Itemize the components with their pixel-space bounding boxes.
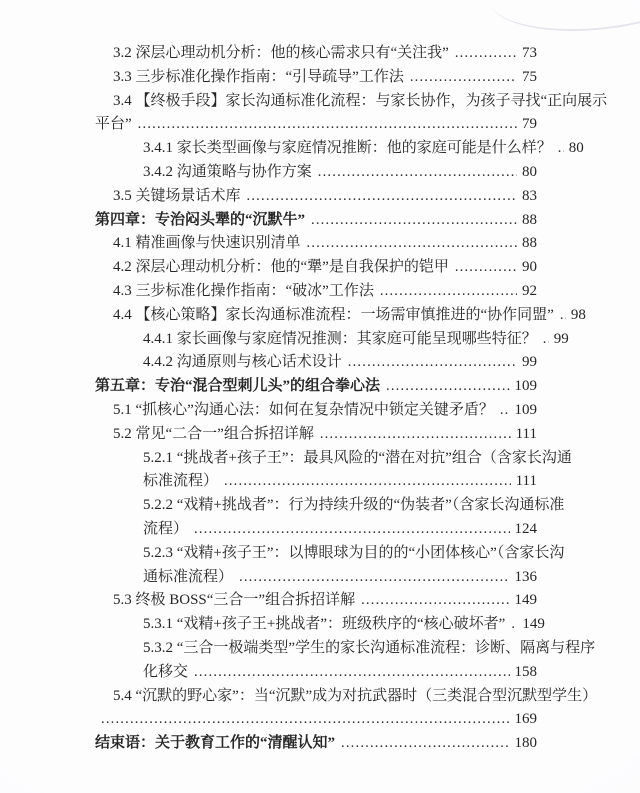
entry-text: 3.5 关键场景话术库 — [113, 185, 241, 209]
page-number: 124 — [515, 518, 538, 542]
dot-leader — [239, 566, 509, 590]
entry-text: 结束语：关于教育工作的“清醒认知” — [95, 732, 335, 756]
toc-entry-line: 4.2 深层心理动机分析：他的“犟”是自我保护的铠甲90 — [113, 256, 593, 280]
dot-leader — [410, 66, 517, 90]
toc-entry-line: 5.2.1 “挑战者+孩子王”：最具风险的“潜在对抗”组合（含家长沟通 — [143, 447, 593, 471]
entry-text: 5.3.2 “三合一极端类型”学生的家长沟通标准流程：诊断、隔离与程序 — [143, 637, 595, 661]
page-corner-shadow — [487, 0, 640, 39]
page-number: 158 — [515, 661, 538, 685]
entry-text: 流程） — [143, 518, 188, 542]
entry-text: 5.2.2 “戏精+挑战者”：行为持续升级的“伪装者”（含家长沟通标准 — [143, 494, 564, 518]
dot-leader — [380, 280, 517, 304]
page-number: 79 — [522, 113, 537, 137]
page-number: 75 — [522, 66, 537, 90]
entry-text: 5.2.3 “戏精+孩子王”：以博眼球为目的的“小团体核心”（含家长沟 — [143, 542, 564, 566]
dot-leader — [320, 423, 511, 447]
entry-text: 4.1 精准画像与快速识别清单 — [113, 232, 301, 256]
entry-text: 5.1 “抓核心”沟通心法：如何在复杂情况中锁定关键矛盾？ — [113, 399, 494, 423]
entry-text: 5.3.1 “戏精+孩子王+挑战者”：班级秩序的“核心破坏者” — [143, 613, 505, 637]
dot-leader — [194, 518, 509, 542]
toc-entry-line: 3.4.2 沟通策略与协作方案80 — [143, 161, 593, 185]
toc-entry-line: 平台”79 — [95, 113, 593, 137]
entry-text: 平台” — [95, 113, 132, 137]
page-number: 83 — [522, 185, 537, 209]
toc-entry-line: 3.5 关键场景话术库83 — [113, 185, 593, 209]
toc-entry-line: 3.4.1 家长类型画像与家庭情况推断：他的家庭可能是什么样？80 — [143, 137, 593, 161]
entry-text: 化移交 — [143, 661, 188, 685]
dot-leader — [318, 161, 517, 185]
page-number: 180 — [515, 732, 538, 756]
entry-text: 4.4.2 沟通原则与核心话术设计 — [143, 351, 342, 375]
toc-entry-line: 5.4 “沉默的野心家”：当“沉默”成为对抗武器时（三类混合型沉默型学生） — [113, 685, 593, 709]
entry-text: 3.4.2 沟通策略与协作方案 — [143, 161, 312, 185]
dot-leader — [138, 113, 517, 137]
entry-text: 标准流程） — [143, 470, 218, 494]
dot-leader — [311, 209, 517, 233]
dot-leader — [348, 351, 517, 375]
toc-entry-line: 5.1 “抓核心”沟通心法：如何在复杂情况中锁定关键矛盾？109 — [113, 399, 593, 423]
page-number: 149 — [515, 589, 538, 613]
toc-entry-line: 第五章：专治“混合型刺儿头”的组合拳心法109 — [95, 375, 593, 399]
page-number: 111 — [516, 423, 537, 447]
page-number: 99 — [522, 351, 537, 375]
document-page: 3.2 深层心理动机分析：他的核心需求只有“关注我”733.3 三步标准化操作指… — [0, 0, 640, 793]
toc-entry-line: 5.3.1 “戏精+孩子王+挑战者”：班级秩序的“核心破坏者”149 — [143, 613, 593, 637]
dot-leader — [560, 304, 566, 328]
entry-text: 通标准流程） — [143, 566, 233, 590]
dot-leader — [455, 256, 517, 280]
toc-entry-line: 5.3 终极 BOSS“三合一”组合拆招详解149 — [113, 589, 593, 613]
toc-entry-line: 3.4 【终极手段】家长沟通标准化流程：与家长协作，为孩子寻找“正向展示 — [113, 90, 593, 114]
toc-entry-line: 结束语：关于教育工作的“清醒认知”180 — [95, 732, 593, 756]
toc-entry-line: 4.1 精准画像与快速识别清单88 — [113, 232, 593, 256]
entry-text: 4.4 【核心策略】家长沟通标准流程：一场需审慎推进的“协作同盟” — [113, 304, 554, 328]
toc-entry-line: 化移交158 — [143, 661, 593, 685]
dot-leader — [455, 42, 517, 66]
page-number: 109 — [515, 399, 538, 423]
page-number: 109 — [515, 375, 538, 399]
dot-leader — [558, 137, 564, 161]
page-number: 80 — [569, 137, 584, 161]
entry-text: 3.4.1 家长类型画像与家庭情况推断：他的家庭可能是什么样？ — [143, 137, 552, 161]
dot-leader — [500, 399, 510, 423]
dot-leader — [101, 708, 510, 732]
page-number: 92 — [522, 280, 537, 304]
toc-entry-line: 4.4 【核心策略】家长沟通标准流程：一场需审慎推进的“协作同盟”98 — [113, 304, 593, 328]
page-number: 169 — [515, 708, 538, 732]
entry-text: 第五章：专治“混合型刺儿头”的组合拳心法 — [95, 375, 380, 399]
toc-entry-line: 5.2 常见“二合一”组合拆招详解111 — [113, 423, 593, 447]
dot-leader — [361, 589, 509, 613]
dot-leader — [341, 732, 509, 756]
dot-leader — [511, 613, 517, 637]
page-number: 88 — [522, 232, 537, 256]
page-number: 73 — [522, 42, 537, 66]
dot-leader — [386, 375, 509, 399]
toc-entry-line: 5.3.2 “三合一极端类型”学生的家长沟通标准流程：诊断、隔离与程序 — [143, 637, 593, 661]
entry-text: 5.3 终极 BOSS“三合一”组合拆招详解 — [113, 589, 355, 613]
dot-leader — [247, 185, 517, 209]
page-number: 80 — [522, 161, 537, 185]
toc-entry-line: 3.3 三步标准化操作指南：“引导疏导”工作法75 — [113, 66, 593, 90]
page-number: 111 — [516, 470, 537, 494]
entry-text: 5.2 常见“二合一”组合拆招详解 — [113, 423, 314, 447]
table-of-contents: 3.2 深层心理动机分析：他的核心需求只有“关注我”733.3 三步标准化操作指… — [95, 42, 593, 756]
toc-entry-line: 4.3 三步标准化操作指南：“破冰”工作法92 — [113, 280, 593, 304]
toc-entry-line: 5.2.3 “戏精+孩子王”：以博眼球为目的的“小团体核心”（含家长沟 — [143, 542, 593, 566]
entry-text: 3.2 深层心理动机分析：他的核心需求只有“关注我” — [113, 42, 449, 66]
page-number: 136 — [515, 566, 538, 590]
entry-text: 5.4 “沉默的野心家”：当“沉默”成为对抗武器时（三类混合型沉默型学生） — [113, 685, 597, 709]
page-number: 98 — [571, 304, 586, 328]
page-number: 90 — [522, 256, 537, 280]
page-number: 149 — [522, 613, 545, 637]
page-number: 99 — [554, 328, 569, 352]
toc-entry-line: 流程）124 — [143, 518, 593, 542]
entry-text: 5.2.1 “挑战者+孩子王”：最具风险的“潜在对抗”组合（含家长沟通 — [143, 447, 572, 471]
toc-entry-line: 标准流程）111 — [143, 470, 593, 494]
toc-entry-line: 4.4.2 沟通原则与核心话术设计99 — [143, 351, 593, 375]
page-number: 88 — [522, 209, 537, 233]
entry-text: 3.3 三步标准化操作指南：“引导疏导”工作法 — [113, 66, 404, 90]
entry-text: 4.3 三步标准化操作指南：“破冰”工作法 — [113, 280, 374, 304]
dot-leader — [543, 328, 549, 352]
toc-entry-line: 5.2.2 “戏精+挑战者”：行为持续升级的“伪装者”（含家长沟通标准 — [143, 494, 593, 518]
entry-text: 4.2 深层心理动机分析：他的“犟”是自我保护的铠甲 — [113, 256, 449, 280]
entry-text: 第四章：专治闷头犟的“沉默牛” — [95, 209, 305, 233]
toc-entry-line: 通标准流程）136 — [143, 566, 593, 590]
entry-text: 4.4.1 家长画像与家庭情况推测：其家庭可能呈现哪些特征？ — [143, 328, 537, 352]
dot-leader — [307, 232, 517, 256]
entry-text: 3.4 【终极手段】家长沟通标准化流程：与家长协作，为孩子寻找“正向展示 — [113, 90, 607, 114]
dot-leader — [194, 661, 509, 685]
dot-leader — [224, 470, 511, 494]
toc-entry-line: 3.2 深层心理动机分析：他的核心需求只有“关注我”73 — [113, 42, 593, 66]
toc-entry-line: 169 — [95, 708, 593, 732]
toc-entry-line: 4.4.1 家长画像与家庭情况推测：其家庭可能呈现哪些特征？99 — [143, 328, 593, 352]
toc-entry-line: 第四章：专治闷头犟的“沉默牛”88 — [95, 209, 593, 233]
